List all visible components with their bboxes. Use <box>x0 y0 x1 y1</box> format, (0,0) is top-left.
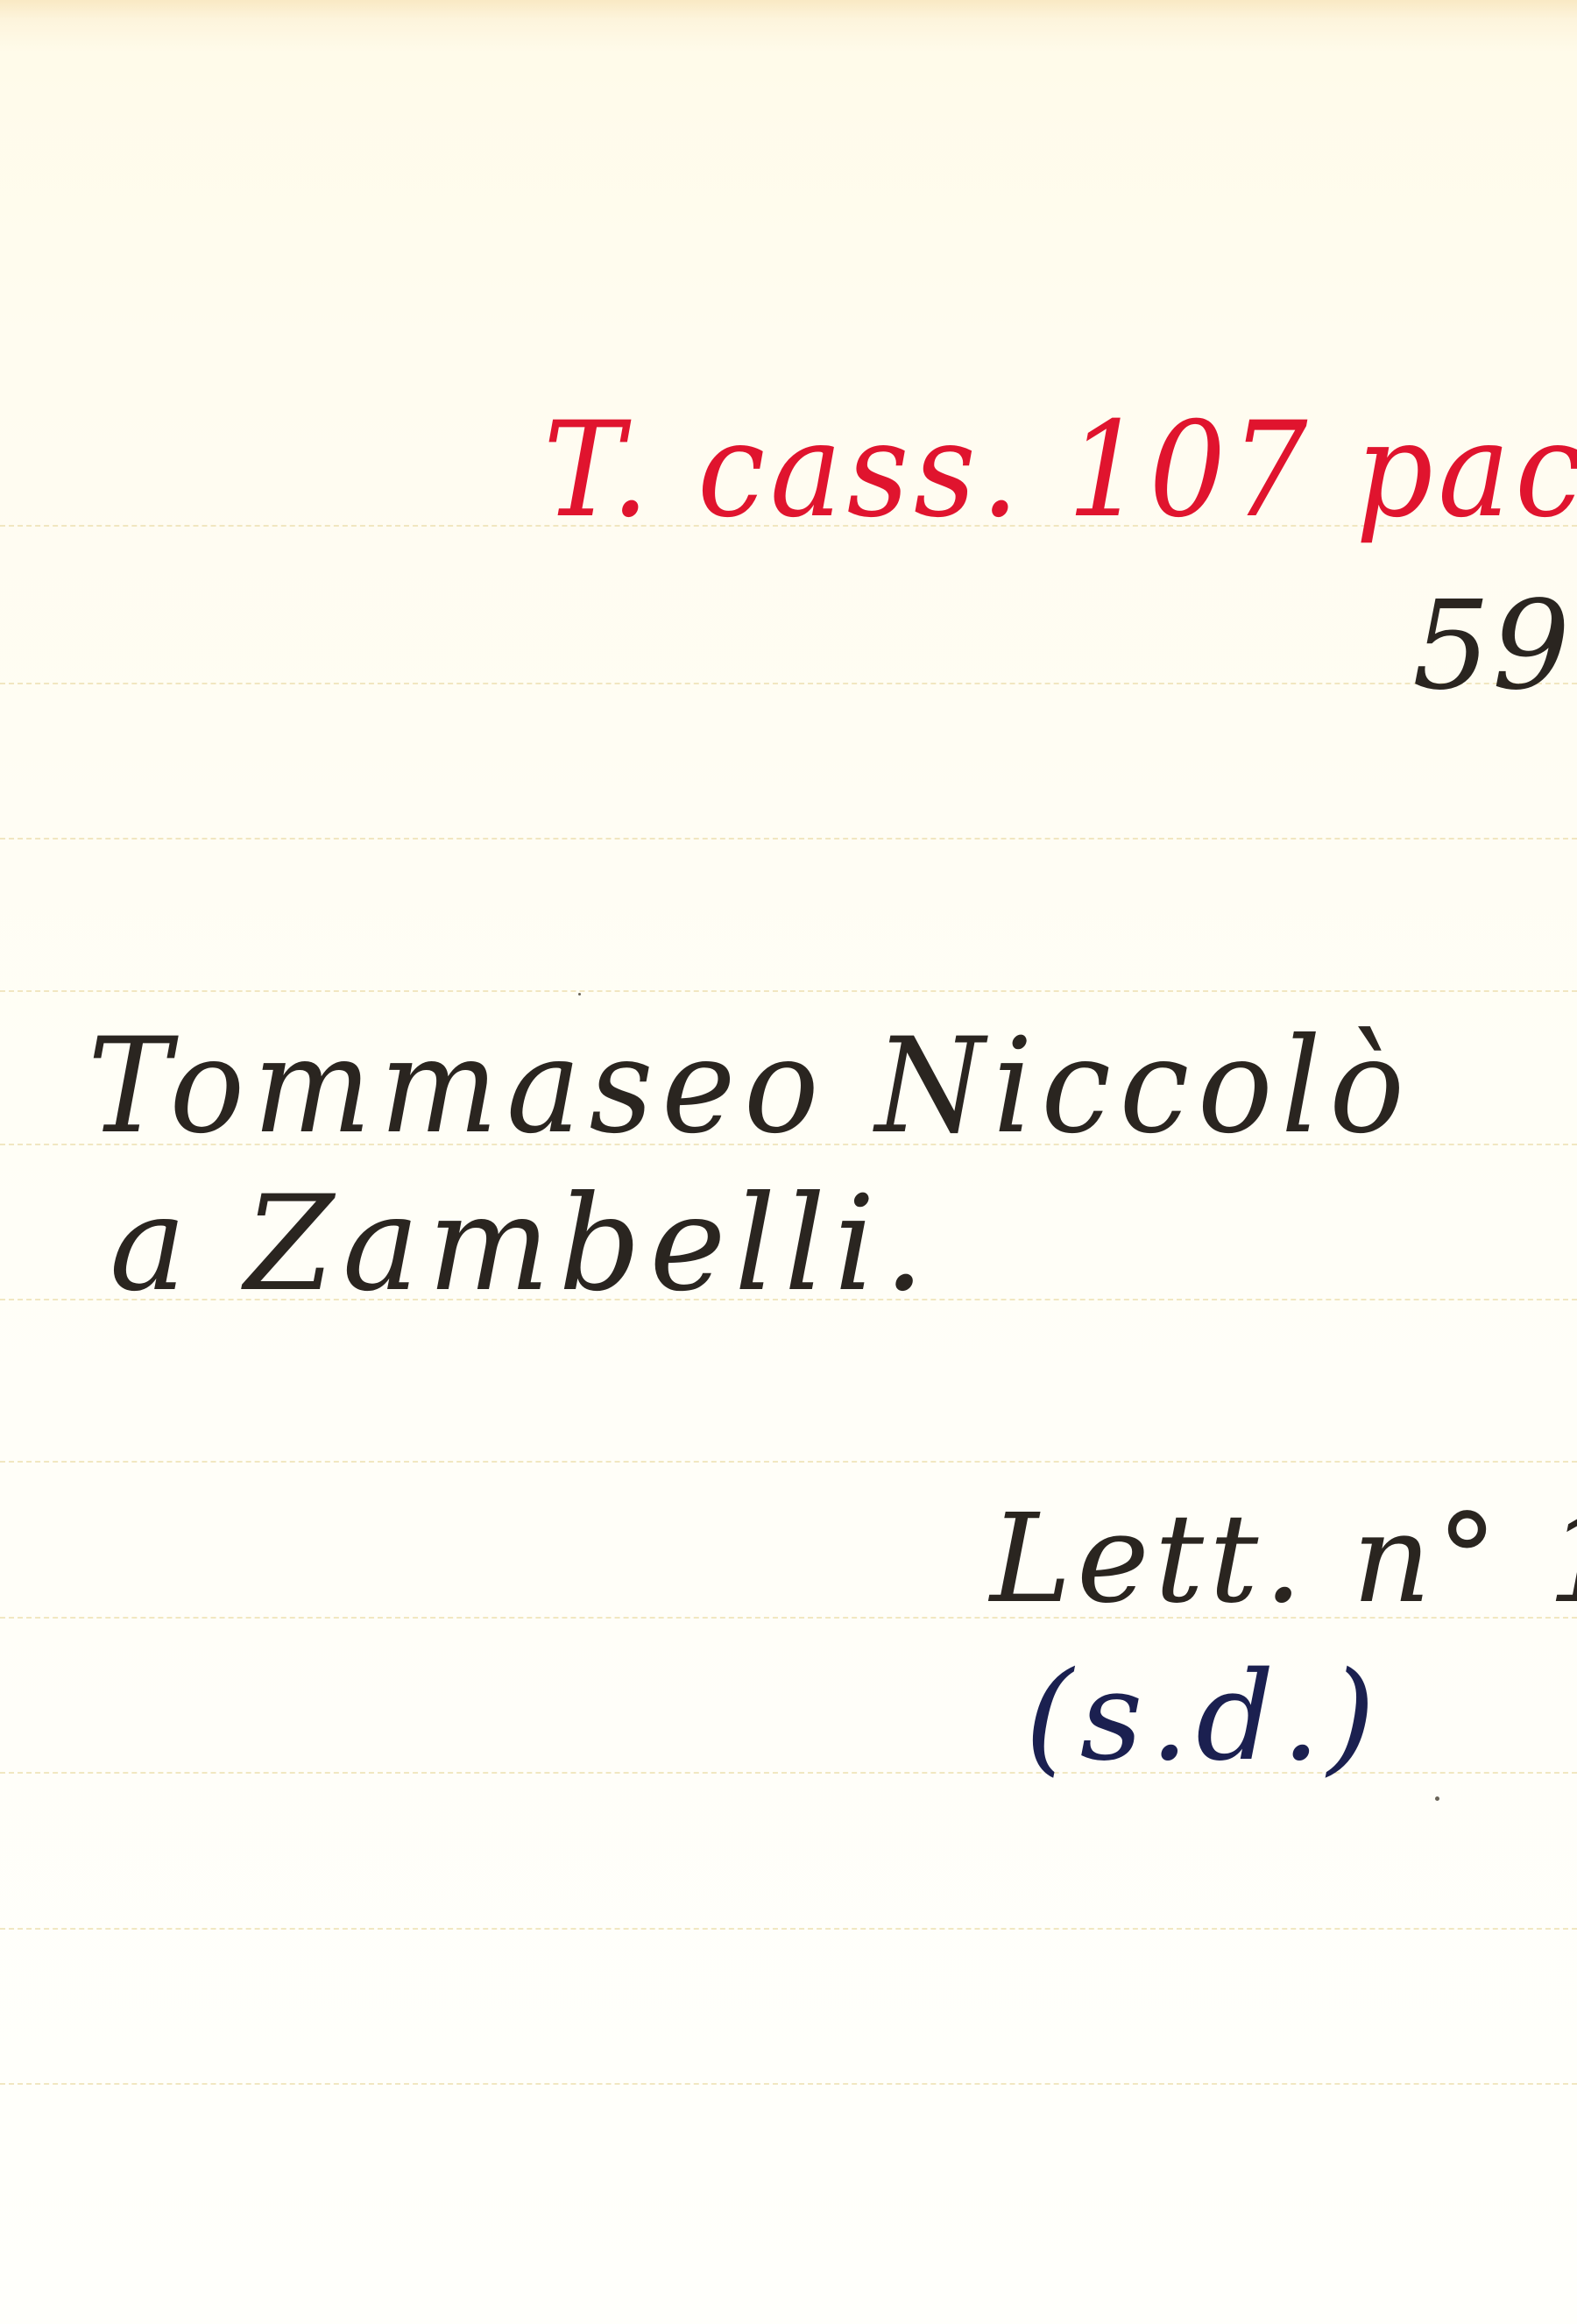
ruled-line <box>0 1461 1577 1463</box>
title-recipient: a Zambelli. <box>110 1179 933 1310</box>
date-note: (s.d.) <box>1025 1656 1383 1779</box>
ruled-line <box>0 838 1577 840</box>
ink-speck <box>1435 1796 1439 1801</box>
ruled-line <box>0 990 1577 992</box>
letter-count: Lett. n° 1 <box>990 1499 1577 1621</box>
ruled-line <box>0 1928 1577 1930</box>
item-number: 59 <box>1412 585 1572 708</box>
ruled-line <box>0 2083 1577 2085</box>
ink-speck <box>578 993 581 995</box>
title-author: Tommaseo Niccolò <box>88 1021 1413 1152</box>
ruled-line <box>0 683 1577 684</box>
index-card: T. cass. 107 pacco 184. 59 Tommaseo Nicc… <box>0 0 1577 2324</box>
call-number: T. cass. 107 pacco 184. <box>543 405 1577 536</box>
